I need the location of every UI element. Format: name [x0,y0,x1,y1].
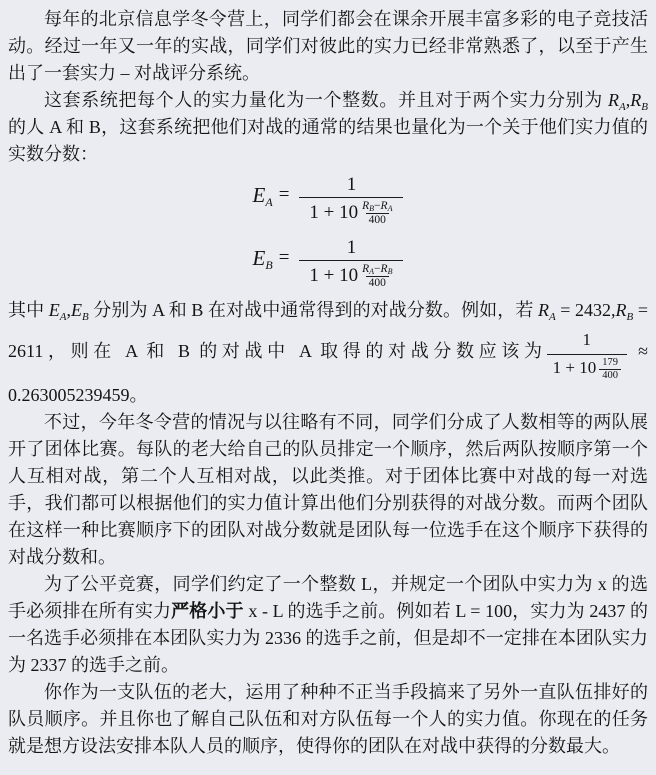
formula-EB: EB = 1 1 + 10RA−RB400 [8,234,648,294]
paragraph-constraint: 为了公平竞赛，同学们约定了一个整数 L，并规定一个团队中实力为 x 的选手必须排… [8,571,648,679]
fraction-denominator: 1 + 10RB−RA400 [299,197,403,227]
equals-sign: = [279,247,290,269]
fraction-numerator: 1 [343,174,361,197]
p5-bold-strictly-less: 严格小于 [171,601,244,621]
fraction-denominator: 1 + 10179400 [547,354,627,382]
exponent-numerator: 179 [601,357,619,369]
math-sub-A: A [549,311,556,323]
math-sub-A: A [619,101,626,113]
math-var-E: E [253,246,266,270]
formula-EA-fraction: 1 1 + 10RB−RA400 [299,174,403,227]
denominator-base: 1 + 10 [553,358,597,377]
math-var-R: R [608,90,619,110]
p2-text-before: 这套系统把每个人的实力量化为一个整数。并且对于两个实力分别为 [44,90,608,110]
fraction-numerator: 1 [579,326,596,354]
formula-EB-fraction: 1 1 + 10RA−RB400 [299,237,403,290]
p3-text-1: 其中 [8,300,49,320]
formula-EA: EA = 1 1 + 10RB−RA400 [8,171,648,231]
formula-EA-lhs: EA [253,183,273,207]
exponent-denominator: 400 [366,276,389,290]
inline-example-fraction: 11 + 10179400 [547,326,627,382]
paragraph-rating-system: 这套系统把每个人的实力量化为一个整数。并且对于两个实力分别为 RA,RB 的人 … [8,87,648,168]
math-sub-A: A [388,204,393,213]
paragraph-intro: 每年的北京信息学冬令营上，同学们都会在课余开展丰富多彩的电子竞技活动。经过一年又… [8,6,648,87]
math-var-R: R [630,90,641,110]
math-var-R: R [538,300,549,320]
math-sub-B: B [388,267,393,276]
equals-sign: = [279,184,290,206]
paragraph-task: 你作为一支队伍的老大，运用了种种不正当手段搞来了另外一直队伍排好的队员顺序。并且… [8,679,648,760]
exponent-fraction: 179400 [599,357,621,382]
p3-text-3: ，则在 A 和 B 的对战中 A 取得的对战分数应该为 [43,341,546,361]
math-sub-B: B [82,311,89,323]
fraction-numerator: 1 [343,237,361,260]
exponent-denominator: 400 [366,213,389,227]
exponent-fraction: RB−RA400 [361,200,393,227]
math-var-E: E [253,183,266,207]
p2-text-after: 的人 A 和 B，这套系统把他们对战的通常的结果也量化为一个关于他们实力值的实数… [8,117,648,164]
math-value-RA: = 2432, [556,300,616,320]
math-sub-B: B [641,101,648,113]
fraction-denominator: 1 + 10RA−RB400 [299,260,403,290]
math-var-R: R [381,200,388,212]
p3-text-2: 分别为 A 和 B 在对战中通常得到的对战分数。例如，若 [89,300,538,320]
math-var-R: R [381,263,388,275]
math-var-E: E [49,300,60,320]
paragraph-team-match: 不过，今年冬令营的情况与以往略有不同，同学们分成了人数相等的两队展开了团体比赛。… [8,409,648,571]
exponent-numerator: RA−RB [361,263,393,276]
denominator-base: 1 + 10 [309,202,358,223]
math-sub-A: A [265,195,272,209]
math-var-E: E [71,300,82,320]
paragraph-example: 其中 EA,EB 分别为 A 和 B 在对战中通常得到的对战分数。例如，若 RA… [8,297,648,409]
exponent-fraction: RA−RB400 [361,263,393,290]
formula-EB-lhs: EB [253,246,273,270]
denominator-base: 1 + 10 [309,265,358,286]
math-var-R: R [616,300,627,320]
exponent-denominator: 400 [599,369,621,382]
document-page: 每年的北京信息学冬令营上，同学们都会在课余开展丰富多彩的电子竞技活动。经过一年又… [0,0,656,775]
math-sub-B: B [265,258,272,272]
exponent-numerator: RB−RA [361,200,393,213]
